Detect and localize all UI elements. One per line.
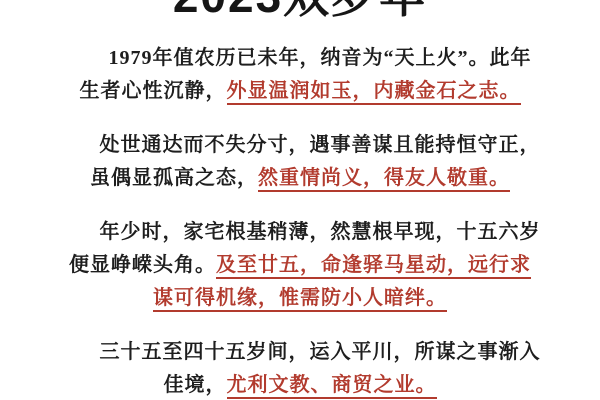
body-text: 生者心性沉静， bbox=[80, 80, 227, 102]
text-line: 佳境，尤利文教、商贸之业。 bbox=[0, 369, 600, 400]
highlighted-phrase: 及至廿五，命逢驿马星动，远行求 bbox=[216, 254, 531, 279]
text-line: 年少时，家宅根基稍薄，然慧根早现，十五六岁 bbox=[0, 216, 600, 249]
text-line: 虽偶显孤高之态，然重情尚义，得友人敬重。 bbox=[0, 162, 600, 195]
body-text: 便显峥嵘头角。 bbox=[69, 254, 216, 276]
highlighted-phrase: 外显温润如玉，内藏金石之志。 bbox=[227, 80, 521, 105]
body-text: 1979年值农历已未年，纳音为“天上火”。此年 bbox=[109, 47, 532, 69]
highlighted-phrase: 然重情尚义，得友人敬重。 bbox=[258, 167, 510, 192]
highlighted-phrase: 尤利文教、商贸之业。 bbox=[227, 374, 437, 399]
text-line: 谋可得机缘，惟需防小人暗绊。 bbox=[0, 282, 600, 315]
text-line: 生者心性沉静，外显温润如玉，内藏金石之志。 bbox=[0, 75, 600, 108]
highlighted-phrase: 谋可得机缘，惟需防小人暗绊。 bbox=[153, 287, 447, 312]
text-line: 处世通达而不失分寸，遇事善谋且能持恒守正， bbox=[0, 129, 600, 162]
paragraph: 处世通达而不失分寸，遇事善谋且能持恒守正，虽偶显孤高之态，然重情尚义，得友人敬重… bbox=[0, 129, 600, 195]
paragraph: 年少时，家宅根基稍薄，然慧根早现，十五六岁便显峥嵘头角。及至廿五，命逢驿马星动，… bbox=[0, 216, 600, 315]
body-text: 虽偶显孤高之态， bbox=[90, 167, 258, 189]
fortune-text: 1979年值农历已未年，纳音为“天上火”。此年生者心性沉静，外显温润如玉，内藏金… bbox=[0, 19, 600, 400]
page-title: 2023双岁年 bbox=[0, 0, 600, 19]
body-text: 三十五至四十五岁间，运入平川，所谋之事渐入 bbox=[100, 341, 541, 363]
body-text: 年少时，家宅根基稍薄，然慧根早现，十五六岁 bbox=[100, 221, 541, 243]
paragraph: 1979年值农历已未年，纳音为“天上火”。此年生者心性沉静，外显温润如玉，内藏金… bbox=[0, 42, 600, 108]
body-text: 佳境， bbox=[164, 374, 227, 396]
fortune-document-page: 2023双岁年 1979年值农历已未年，纳音为“天上火”。此年生者心性沉静，外显… bbox=[0, 0, 600, 400]
body-text: 处世通达而不失分寸，遇事善谋且能持恒守正， bbox=[100, 134, 541, 156]
paragraph: 三十五至四十五岁间，运入平川，所谋之事渐入佳境，尤利文教、商贸之业。 bbox=[0, 336, 600, 400]
text-line: 1979年值农历已未年，纳音为“天上火”。此年 bbox=[0, 42, 600, 75]
text-line: 便显峥嵘头角。及至廿五，命逢驿马星动，远行求 bbox=[0, 249, 600, 282]
page-title-clip: 2023双岁年 bbox=[0, 0, 600, 19]
text-line: 三十五至四十五岁间，运入平川，所谋之事渐入 bbox=[0, 336, 600, 369]
